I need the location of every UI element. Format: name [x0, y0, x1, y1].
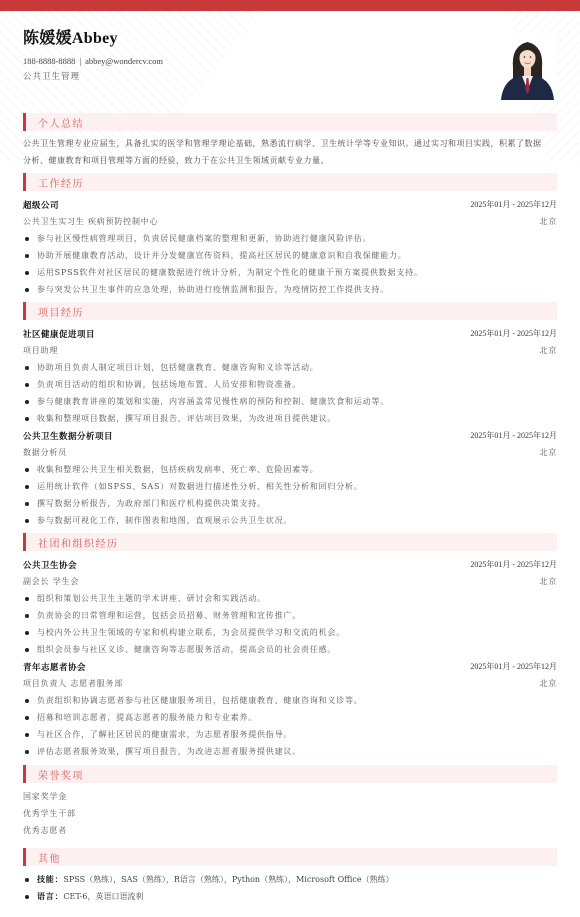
skills-value: SPSS（熟练），SAS（熟练），R语言（熟练），Python（熟练），Micr… [63, 875, 393, 884]
bullet-item: 收集和整理项目数据，撰写项目报告，评估项目效果，为改进项目提供建议。 [23, 410, 557, 427]
bullet-item: 评估志愿者服务效果，撰写项目报告，为改进志愿者服务提供建议。 [23, 743, 557, 760]
entry-sub-row: 公共卫生实习生 疾病预防控制中心 北京 [23, 213, 557, 230]
portrait-image [499, 34, 556, 100]
entry-organization: 公共卫生数据分析项目 [23, 430, 113, 442]
entry-header-row: 公共卫生协会 2025年01月 - 2025年12月 [23, 556, 557, 573]
summary-text: 公共卫生管理专业应届生，具备扎实的医学和管理学理论基础，熟悉流行病学、卫生统计学… [23, 136, 557, 169]
entry-bullets: 参与社区慢性病管理项目，负责居民健康档案的整理和更新，协助进行健康风险评估。 协… [23, 230, 557, 298]
entry-date: 2025年01月 - 2025年12月 [470, 328, 557, 339]
entry-header-row: 社区健康促进项目 2025年01月 - 2025年12月 [23, 325, 557, 342]
entry-role: 项目负责人 志愿者服务部 [23, 678, 123, 689]
bullet-item: 与校内外公共卫生领域的专家和机构建立联系，为会员提供学习和交流的机会。 [23, 624, 557, 641]
bullet-item: 运用SPSS软件对社区居民的健康数据进行统计分析，为制定个性化的健康干预方案提供… [23, 264, 557, 281]
section-header-honors: 荣誉奖项 [23, 765, 557, 783]
entry-location: 北京 [539, 216, 557, 227]
bullet-item: 组织会员参与社区义诊、健康咨询等志愿服务活动，提高会员的社会责任感。 [23, 641, 557, 658]
bullet-item: 运用统计软件（如SPSS、SAS）对数据进行描述性分析、相关性分析和回归分析。 [23, 478, 557, 495]
email-address: abbey@wondercv.com [85, 56, 163, 66]
entry-bullets: 收集和整理公共卫生相关数据，包括疾病发病率、死亡率、危险因素等。 运用统计软件（… [23, 461, 557, 529]
summary-line: 分析、健康教育和项目管理等方面的经验，致力于在公共卫生领域贡献专业力量。 [23, 153, 557, 170]
project-entry: 社区健康促进项目 2025年01月 - 2025年12月 项目助理 北京 协助项… [23, 325, 557, 427]
bullet-item: 负责组织和协调志愿者参与社区健康服务项目，包括健康教育、健康咨询和义诊等。 [23, 692, 557, 709]
entry-date: 2025年01月 - 2025年12月 [470, 430, 557, 441]
entry-header-row: 公共卫生数据分析项目 2025年01月 - 2025年12月 [23, 427, 557, 444]
entry-sub-row: 项目助理 北京 [23, 342, 557, 359]
section-title: 个人总结 [38, 115, 84, 130]
bullet-item: 参与健康教育讲座的策划和实施，内容涵盖常见慢性病的预防和控制、健康饮食和运动等。 [23, 393, 557, 410]
section-header-organizations: 社团和组织经历 [23, 533, 557, 551]
other-list: 技能：SPSS（熟练），SAS（熟练），R语言（熟练），Python（熟练），M… [23, 871, 557, 905]
honor-item: 国家奖学金 [23, 788, 557, 805]
entry-role: 公共卫生实习生 疾病预防控制中心 [23, 216, 158, 227]
entry-organization: 青年志愿者协会 [23, 661, 86, 673]
entry-role: 项目助理 [23, 345, 58, 356]
entry-bullets: 协助项目负责人制定项目计划，包括健康教育、健康咨询和义诊等活动。 负责项目活动的… [23, 359, 557, 427]
work-entry: 超级公司 2025年01月 - 2025年12月 公共卫生实习生 疾病预防控制中… [23, 196, 557, 298]
entry-sub-row: 项目负责人 志愿者服务部 北京 [23, 675, 557, 692]
entry-bullets: 负责组织和协调志愿者参与社区健康服务项目，包括健康教育、健康咨询和义诊等。 招募… [23, 692, 557, 760]
entry-organization: 社区健康促进项目 [23, 328, 95, 340]
section-title: 荣誉奖项 [38, 767, 84, 782]
bullet-item: 参与数据可视化工作，制作图表和地图，直观展示公共卫生状况。 [23, 512, 557, 529]
candidate-name: 陈媛媛Abbey [23, 28, 163, 50]
bullet-item: 负责协会的日常管理和运营，包括会员招募、财务管理和宣传推广。 [23, 607, 557, 624]
entry-header-row: 超级公司 2025年01月 - 2025年12月 [23, 196, 557, 213]
resume-header: 陈媛媛Abbey 188-8888-8888|abbey@wondercv.co… [23, 28, 163, 83]
entry-sub-row: 副会长 学生会 北京 [23, 573, 557, 590]
project-entry: 公共卫生数据分析项目 2025年01月 - 2025年12月 数据分析员 北京 … [23, 427, 557, 529]
entry-date: 2025年01月 - 2025年12月 [470, 661, 557, 672]
top-accent-bar [0, 0, 580, 11]
resume-body: 个人总结 公共卫生管理专业应届生，具备扎实的医学和管理学理论基础，熟悉流行病学、… [23, 113, 557, 905]
language-item: 语言：CET-6，英语口语流利 [23, 888, 557, 905]
bullet-item: 参与突发公共卫生事件的应急处理，协助进行疫情监测和报告，为疫情防控工作提供支持。 [23, 281, 557, 298]
bullet-item: 参与社区慢性病管理项目，负责居民健康档案的整理和更新，协助进行健康风险评估。 [23, 230, 557, 247]
job-intention: 公共卫生管理 [23, 71, 163, 83]
phone-number: 188-8888-8888 [23, 56, 75, 66]
section-title: 其他 [38, 850, 61, 865]
language-value: CET-6，英语口语流利 [63, 892, 143, 901]
contact-line: 188-8888-8888|abbey@wondercv.com [23, 55, 163, 67]
bullet-item: 与社区合作，了解社区居民的健康需求，为志愿者服务提供指导。 [23, 726, 557, 743]
skills-label: 技能： [37, 874, 63, 884]
entry-sub-row: 数据分析员 北京 [23, 444, 557, 461]
entry-role: 数据分析员 [23, 447, 67, 458]
profile-photo [499, 34, 556, 100]
section-title: 项目经历 [38, 304, 84, 319]
bullet-item: 组织和策划公共卫生主题的学术讲座、研讨会和实践活动。 [23, 590, 557, 607]
section-header-work: 工作经历 [23, 173, 557, 191]
language-label: 语言： [37, 891, 63, 901]
bullet-item: 负责项目活动的组织和协调，包括场地布置、人员安排和物资准备。 [23, 376, 557, 393]
entry-role: 副会长 学生会 [23, 576, 79, 587]
bullet-item: 协助项目负责人制定项目计划，包括健康教育、健康咨询和义诊等活动。 [23, 359, 557, 376]
entry-location: 北京 [539, 447, 557, 458]
entry-organization: 超级公司 [23, 199, 59, 211]
bullet-item: 收集和整理公共卫生相关数据，包括疾病发病率、死亡率、危险因素等。 [23, 461, 557, 478]
bullet-item: 协助开展健康教育活动，设计并分发健康宣传资料，提高社区居民的健康意识和自我保健能… [23, 247, 557, 264]
entry-location: 北京 [539, 345, 557, 356]
entry-date: 2025年01月 - 2025年12月 [470, 559, 557, 570]
section-title: 社团和组织经历 [38, 535, 119, 550]
section-header-other: 其他 [23, 848, 557, 866]
organization-entry: 青年志愿者协会 2025年01月 - 2025年12月 项目负责人 志愿者服务部… [23, 658, 557, 760]
organization-entry: 公共卫生协会 2025年01月 - 2025年12月 副会长 学生会 北京 组织… [23, 556, 557, 658]
honor-item: 优秀志愿者 [23, 822, 557, 839]
summary-line: 公共卫生管理专业应届生，具备扎实的医学和管理学理论基础，熟悉流行病学、卫生统计学… [23, 136, 557, 153]
section-header-summary: 个人总结 [23, 113, 557, 131]
entry-location: 北京 [539, 678, 557, 689]
honors-list: 国家奖学金 优秀学生干部 优秀志愿者 [23, 788, 557, 839]
contact-separator: | [79, 56, 81, 66]
entry-header-row: 青年志愿者协会 2025年01月 - 2025年12月 [23, 658, 557, 675]
entry-location: 北京 [539, 576, 557, 587]
skills-item: 技能：SPSS（熟练），SAS（熟练），R语言（熟练），Python（熟练），M… [23, 871, 557, 888]
entry-date: 2025年01月 - 2025年12月 [470, 199, 557, 210]
section-title: 工作经历 [38, 175, 84, 190]
bullet-item: 撰写数据分析报告，为政府部门和医疗机构提供决策支持。 [23, 495, 557, 512]
honor-item: 优秀学生干部 [23, 805, 557, 822]
entry-organization: 公共卫生协会 [23, 559, 77, 571]
entry-bullets: 组织和策划公共卫生主题的学术讲座、研讨会和实践活动。 负责协会的日常管理和运营，… [23, 590, 557, 658]
section-header-projects: 项目经历 [23, 302, 557, 320]
bullet-item: 招募和培训志愿者，提高志愿者的服务能力和专业素养。 [23, 709, 557, 726]
